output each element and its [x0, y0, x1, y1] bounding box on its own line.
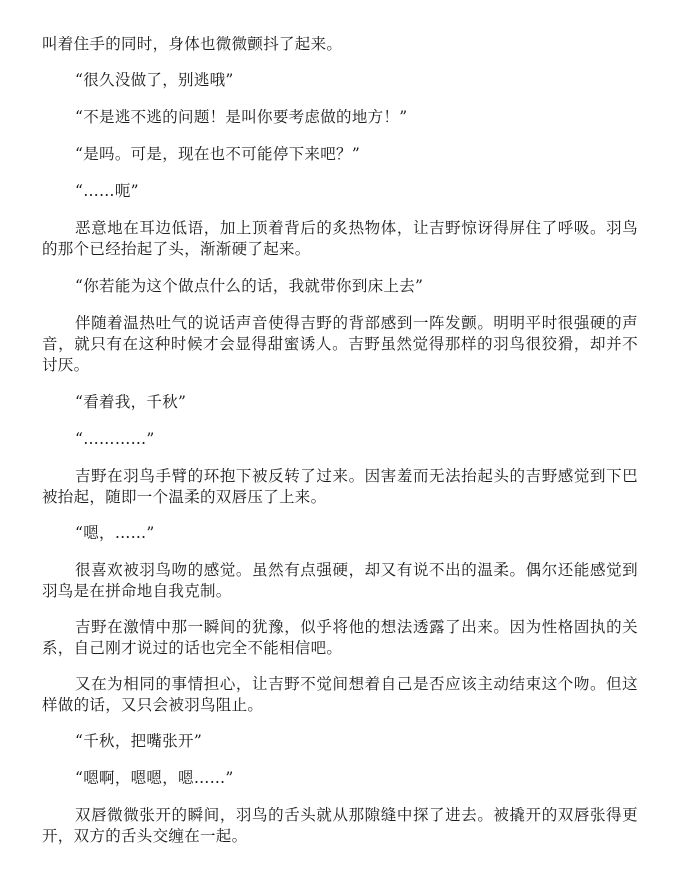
document-page: 叫着住手的同时，身体也微微颤抖了起来。 “很久没做了，别逃哦” “不是逃不逃的问…	[0, 0, 680, 880]
narrative-paragraph: 又在为相同的事情担心，让吉野不觉间想着自己是否应该主动结束这个吻。但这样做的话，…	[42, 674, 638, 716]
narrative-paragraph: 吉野在羽鸟手臂的环抱下被反转了过来。因害羞而无法抬起头的吉野感觉到下巴被抬起，随…	[42, 466, 638, 508]
dialogue-line: “不是逃不逃的问题！是叫你要考虑做的地方！”	[42, 107, 638, 128]
dialogue-line: “嗯啊，嗯嗯，嗯……”	[42, 768, 638, 789]
narrative-paragraph: 吉野在激情中那一瞬间的犹豫，似乎将他的想法透露了出来。因为性格固执的关系，自己刚…	[42, 617, 638, 659]
dialogue-line: “…………”	[42, 429, 638, 450]
narrative-paragraph: 伴随着温热吐气的说话声音使得吉野的背部感到一阵发颤。明明平时很强硬的声音，就只有…	[42, 313, 638, 376]
narrative-paragraph: 很喜欢被羽鸟吻的感觉。虽然有点强硬，却又有说不出的温柔。偶尔还能感觉到羽鸟是在拼…	[42, 560, 638, 602]
dialogue-line: “看着我，千秋”	[42, 392, 638, 413]
narrative-paragraph: 双唇微微张开的瞬间，羽鸟的舌头就从那隙缝中探了进去。被撬开的双唇张得更开，双方的…	[42, 805, 638, 847]
paragraph-continuation: 叫着住手的同时，身体也微微颤抖了起来。	[42, 34, 638, 55]
dialogue-line: “你若能为这个做点什么的话，我就带你到床上去”	[42, 276, 638, 297]
dialogue-line: “……呃”	[42, 181, 638, 202]
narrative-paragraph: 恶意地在耳边低语，加上顶着背后的炙热物体，让吉野惊讶得屏住了呼吸。羽鸟的那个已经…	[42, 218, 638, 260]
dialogue-line: “是吗。可是，现在也不可能停下来吧？”	[42, 144, 638, 165]
dialogue-line: “很久没做了，别逃哦”	[42, 70, 638, 91]
dialogue-line: “千秋，把嘴张开”	[42, 731, 638, 752]
dialogue-line: “嗯，……”	[42, 523, 638, 544]
